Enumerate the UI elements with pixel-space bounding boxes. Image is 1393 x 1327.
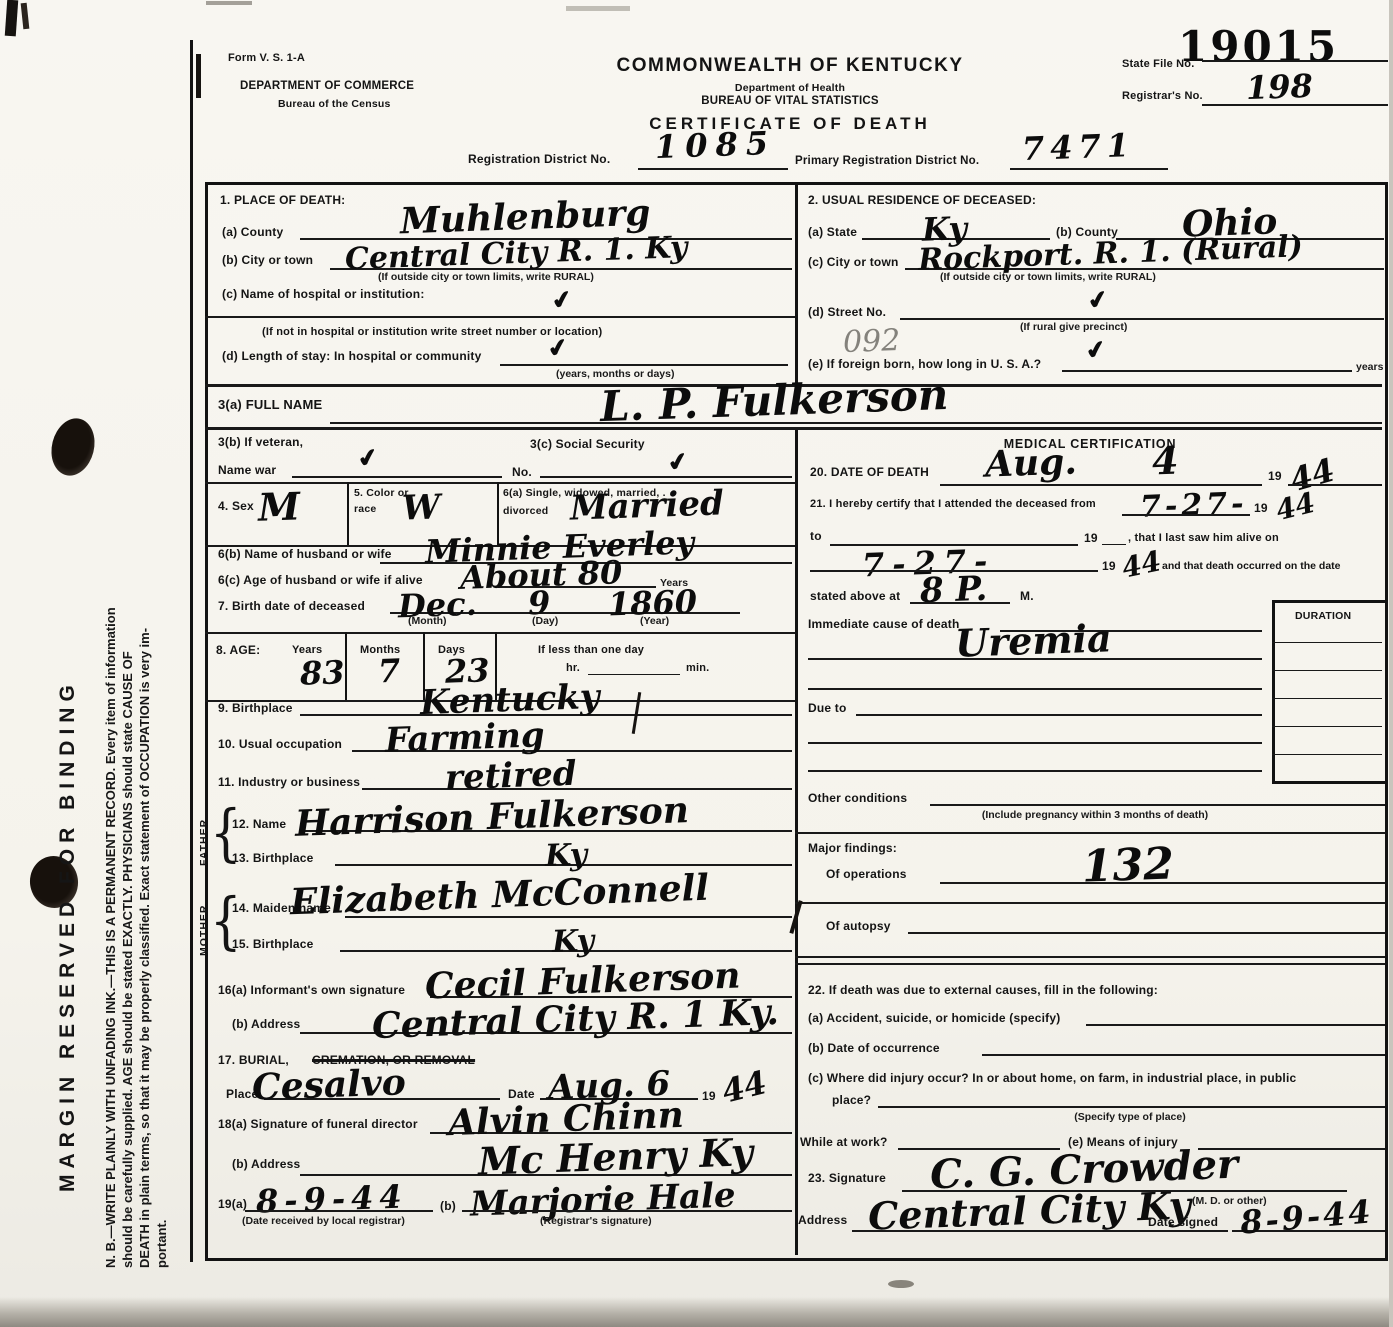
- mother-bp-label: 15. Birthplace: [232, 938, 314, 952]
- to-label: to: [810, 530, 822, 544]
- rule-below-findings-a: [795, 956, 1385, 958]
- state-file-line: [1202, 60, 1388, 62]
- margin-note-line1: N. B.—WRITE PLAINLY WITH UNFADING INK.—T…: [102, 143, 119, 1268]
- autopsy-line: [908, 932, 1385, 934]
- attend-from-value: 7-27-: [1139, 486, 1248, 525]
- other-conditions-line: [930, 804, 1385, 806]
- attend-year-prefix: 19: [1254, 502, 1268, 516]
- year-caption: (Year): [640, 616, 669, 628]
- res-street-number: 092: [842, 323, 900, 360]
- dept-health: Department of Health: [735, 82, 845, 94]
- bureau-vital-statistics: BUREAU OF VITAL STATISTICS: [701, 95, 879, 108]
- received-caption: (Date received by local registrar): [242, 1216, 405, 1228]
- major-findings-label: Major findings:: [808, 842, 897, 856]
- margin-binding-label: MARGIN RESERVED FOR BINDING: [56, 417, 80, 1192]
- death-certificate-scan: MARGIN RESERVED FOR BINDING N. B.—WRITE …: [0, 0, 1393, 1327]
- received-line: [245, 1210, 433, 1212]
- burial-year-prefix: 19: [702, 1090, 716, 1104]
- rule-below-birthdate: [205, 632, 795, 634]
- mother-side-label: MOTHER: [198, 905, 210, 957]
- pod-hospital-label: (c) Name of hospital or institution:: [222, 288, 425, 302]
- state-file-stamp: 19015: [1178, 22, 1339, 71]
- res-city-label: (c) City or town: [808, 256, 899, 270]
- sex-label: 4. Sex: [218, 500, 254, 514]
- reg-sig-line: [462, 1210, 792, 1212]
- pod-stay-label: (d) Length of stay: In hospital or commu…: [222, 350, 481, 364]
- duration-label: DURATION: [1295, 610, 1351, 622]
- age-months-value: 7: [377, 652, 401, 691]
- pod-title: 1. PLACE OF DEATH:: [220, 194, 345, 208]
- ss-label: 3(c) Social Security: [530, 438, 645, 452]
- father-name-label: 12. Name: [232, 818, 286, 832]
- cell-border: [345, 632, 347, 700]
- physician-sig-label: 23. Signature: [808, 1172, 886, 1186]
- res-foreign-line: [1062, 370, 1352, 372]
- operations-label: Of operations: [826, 868, 907, 882]
- res-street-line: [900, 318, 1384, 320]
- primary-reg-label: Primary Registration District No.: [795, 155, 979, 168]
- bureau-census: Bureau of the Census: [278, 98, 391, 110]
- namewar-label: Name war: [218, 464, 276, 478]
- external-b-line: [982, 1054, 1385, 1056]
- fullname-line: [330, 422, 1382, 424]
- sex-value: M: [257, 483, 301, 529]
- m-label: M.: [1020, 590, 1034, 604]
- duration-row-line: [1272, 642, 1382, 643]
- fullname-label: 3(a) FULL NAME: [218, 398, 322, 413]
- father-bp-value: Ky: [544, 837, 587, 873]
- birthdate-label: 7. Birth date of deceased: [218, 600, 365, 614]
- to-rest-label: , that I last saw him alive on: [1128, 532, 1279, 545]
- date-signed-label: Date signed: [1148, 1216, 1218, 1230]
- margin-note-line4: portant.: [153, 143, 170, 1268]
- cell-border: [347, 482, 349, 545]
- pod-divider: [205, 316, 795, 318]
- scan-artifact: [206, 1, 252, 5]
- res-state-label: (a) State: [808, 226, 857, 240]
- rule-above-findings: [795, 832, 1385, 834]
- external-causes-label: 22. If death was due to external causes,…: [808, 984, 1158, 998]
- reg-sig-caption: (Registrar's signature): [540, 1216, 652, 1228]
- industry-label: 11. Industry or business: [218, 776, 360, 790]
- spouse-age-label: 6(c) Age of husband or wife if alive: [218, 574, 423, 588]
- stated-label: stated above at: [810, 590, 900, 604]
- to-year-line: [1102, 544, 1126, 545]
- burial-place-value: Cesalvo: [251, 1061, 406, 1108]
- scan-artifact: [5, 0, 18, 36]
- due-to-line-2: [808, 742, 1262, 744]
- dod-day-value: 4: [1151, 438, 1179, 484]
- day-caption: (Day): [532, 616, 558, 628]
- last-saw-prefix: 19: [1102, 560, 1116, 574]
- informant-sig-label: 16(a) Informant's own signature: [218, 984, 405, 998]
- duration-row-line: [1272, 726, 1382, 727]
- pod-city-label: (b) City or town: [222, 254, 313, 268]
- cause-label: Immediate cause of death: [808, 618, 960, 632]
- registrar-no-line: [1202, 104, 1388, 106]
- duration-row-line: [1272, 698, 1382, 699]
- autopsy-label: Of autopsy: [826, 920, 891, 934]
- father-bp-label: 13. Birthplace: [232, 852, 314, 866]
- margin-note: N. B.—WRITE PLAINLY WITH UNFADING INK.—T…: [102, 143, 170, 1268]
- external-c-label-1: (c) Where did injury occur? In or about …: [808, 1072, 1296, 1086]
- dod-year-prefix: 19: [1268, 470, 1282, 484]
- physician-addr-label: Address: [798, 1214, 847, 1228]
- rule-below-findings-b: [795, 963, 1385, 965]
- age-hr-line: [588, 674, 680, 675]
- due-to-line-3: [808, 770, 1262, 772]
- fd-addr-label: (b) Address: [232, 1158, 300, 1172]
- while-at-work-label: While at work?: [800, 1136, 887, 1150]
- received-label: 19(a): [218, 1198, 247, 1212]
- page-edge: [1389, 0, 1393, 1327]
- duration-row-line: [1272, 670, 1382, 671]
- namewar-line: [292, 476, 502, 478]
- rule-mid-findings: [795, 902, 1385, 904]
- column-divider-top: [795, 182, 798, 386]
- informant-addr-label: (b) Address: [232, 1018, 300, 1032]
- veteran-label: 3(b) If veteran,: [218, 436, 303, 450]
- birthplace-label: 9. Birthplace: [218, 702, 293, 716]
- due-to-label: Due to: [808, 702, 847, 716]
- dod-label: 20. DATE OF DEATH: [810, 466, 929, 480]
- father-side-label: FATHER: [198, 819, 210, 866]
- spouse-label: 6(b) Name of husband or wife: [218, 548, 392, 562]
- pod-county-label: (a) County: [222, 226, 283, 240]
- res-street-note: (If rural give precinct): [1020, 322, 1127, 334]
- operations-value: 132: [1081, 838, 1175, 892]
- res-foreign-unit: years: [1356, 362, 1383, 374]
- dod-year-line: [1288, 484, 1382, 486]
- dept-commerce: DEPARTMENT OF COMMERCE: [240, 80, 414, 93]
- scan-artifact: [566, 6, 630, 11]
- ss-no-label: No.: [512, 466, 532, 480]
- age-min-label: min.: [686, 662, 709, 675]
- external-c-note: (Specify type of place): [1074, 1112, 1185, 1124]
- res-street-label: (d) Street No.: [808, 306, 886, 320]
- reg-sig-label: (b): [440, 1200, 456, 1214]
- industry-value: retired: [444, 754, 577, 799]
- last-rest-label: and that death occurred on the date: [1162, 560, 1341, 572]
- age-hr-label: hr.: [566, 662, 580, 675]
- primary-reg-value: 7471: [1021, 126, 1135, 168]
- margin-rule: [190, 40, 193, 1262]
- external-a-label: (a) Accident, suicide, or homicide (spec…: [808, 1012, 1060, 1026]
- to-year-prefix: 19: [1084, 532, 1098, 546]
- external-c-line: [878, 1106, 1385, 1108]
- attend-label: 21. I hereby certify that I attended the…: [810, 498, 1096, 511]
- dod-month-value: Aug.: [984, 440, 1077, 485]
- column-divider-bottom: [795, 428, 798, 1255]
- age-label: 8. AGE:: [216, 644, 260, 658]
- ss-no-line: [540, 476, 792, 478]
- reg-district-value: 1085: [654, 124, 776, 166]
- reg-district-line: [638, 168, 788, 170]
- race-label: race: [354, 503, 376, 515]
- form-number: Form V. S. 1-A: [228, 52, 305, 65]
- pod-stay-note: (years, months or days): [556, 369, 674, 381]
- occupation-label: 10. Usual occupation: [218, 738, 342, 752]
- cause-line-3: [808, 688, 1262, 690]
- duration-row-line: [1272, 754, 1382, 755]
- other-conditions-label: Other conditions: [808, 792, 907, 806]
- primary-reg-line: [1010, 168, 1168, 170]
- funeral-director-label: 18(a) Signature of funeral director: [218, 1118, 418, 1132]
- registrar-no-value: 198: [1245, 67, 1313, 107]
- pod-city-note: (If outside city or town limits, write R…: [378, 272, 594, 284]
- scan-artifact: [888, 1280, 914, 1288]
- registrar-no-label: Registrar's No.: [1122, 90, 1203, 103]
- external-a-line: [1086, 1024, 1385, 1026]
- reg-district-label: Registration District No.: [468, 153, 610, 167]
- other-conditions-note: (Include pregnancy within 3 months of de…: [982, 810, 1208, 822]
- margin-note-line3: DEATH in plain terms, so that it may be …: [136, 143, 153, 1268]
- cause-line-2: [808, 658, 1262, 660]
- mother-bp-value: Ky: [551, 923, 594, 959]
- due-to-line: [856, 714, 1262, 716]
- external-c-label-2: place?: [832, 1094, 871, 1108]
- external-b-label: (b) Date of occurrence: [808, 1042, 940, 1056]
- attend-from-line: [1122, 514, 1250, 516]
- age-less-label: If less than one day: [538, 644, 644, 657]
- occupation-value: Farming: [384, 715, 545, 761]
- margin-note-line2: should be carefully supplied. AGE should…: [119, 143, 136, 1268]
- hour-value: 8 P.: [919, 569, 988, 611]
- scan-artifact: [196, 54, 201, 98]
- res-city-note: (If outside city or town limits, write R…: [940, 272, 1156, 284]
- scan-shadow: [0, 1297, 1393, 1327]
- rule-below-fullname: [205, 427, 1382, 430]
- res-title: 2. USUAL RESIDENCE OF DECEASED:: [808, 194, 1036, 208]
- marital-label-2: divorced: [503, 505, 548, 517]
- scan-artifact: [21, 3, 30, 29]
- pod-stay-line: [500, 364, 788, 366]
- marital-value: Married: [569, 483, 724, 528]
- race-value: W: [401, 487, 441, 528]
- duration-box: [1272, 600, 1388, 784]
- commonwealth-title: COMMONWEALTH OF KENTUCKY: [616, 55, 963, 77]
- month-caption: (Month): [408, 616, 446, 628]
- age-years-value: 83: [299, 653, 345, 693]
